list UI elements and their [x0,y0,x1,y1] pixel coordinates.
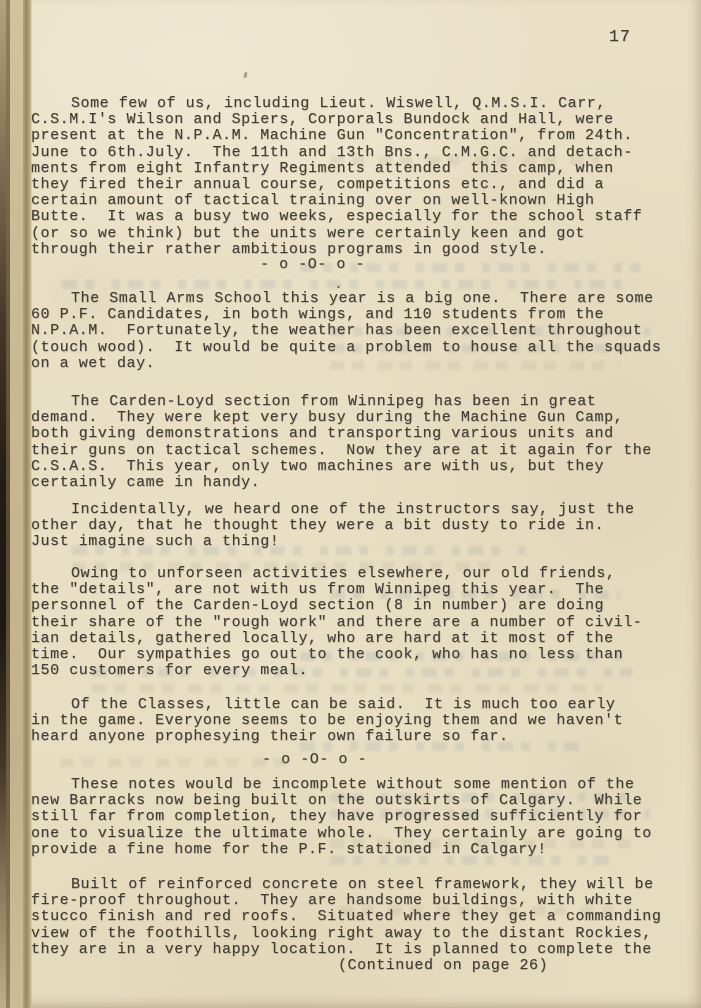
paragraph-3: The Carden-Loyd section from Winnipeg ha… [31,394,652,491]
text-line: fire-proof throughout. They are handsome… [31,893,661,909]
text-line: stucco finish and red roofs. Situated wh… [31,909,661,925]
text-line: (or so we think) but the units were cert… [31,226,642,242]
text-line: Of the Classes, little can be said. It i… [31,697,623,713]
text-line: Owing to unforseen activities elsewhere,… [31,566,642,582]
text-line: The Carden-Loyd section from Winnipeg ha… [31,394,652,410]
text-line: view of the foothills, looking right awa… [31,926,661,942]
paragraph-8: Built of reinforced concrete on steel fr… [31,877,661,958]
text-line: one to visualize the ultimate whole. The… [31,826,652,842]
text-line: June to 6th.July. The 11th and 13th Bns.… [31,145,642,161]
bleedthrough-row [92,684,602,693]
text-line: N.P.A.M. Fortunately, the weather has be… [31,323,661,339]
text-line: Some few of us, including Lieut. Wiswell… [31,96,642,112]
text-line: they are in a very happy location. It is… [31,942,661,958]
text-line: C.S.A.S. This year, only two machines ar… [31,459,652,475]
text-line: ments from eight Infantry Regiments atte… [31,161,642,177]
text-line: 60 P.F. Candidates, in both wings, and 1… [31,307,661,323]
text-line: Incidentally, we heard one of the instru… [31,502,635,518]
text-line: they fired their annual course, competit… [31,177,642,193]
text-line: their guns on tactical schemes. Now they… [31,443,652,459]
paragraph-7: These notes would be incomplete without … [31,777,652,858]
text-line: Butte. It was a busy two weeks, especial… [31,209,642,225]
text-line: (touch wood). It would be quite a proble… [31,340,661,356]
section-divider-1: - o -O- o - [260,256,365,273]
paragraph-5: Owing to unforseen activities elsewhere,… [31,566,642,679]
text-line: their share of the "rough work" and ther… [31,615,642,631]
text-line: The Small Arms School this year is a big… [31,291,661,307]
section-divider-2: - o -O- o - [262,751,367,768]
text-line: certainly came in handy. [31,475,652,491]
text-line: present at the N.P.A.M. Machine Gun "Con… [31,128,642,144]
text-line: on a wet day. [31,356,661,372]
paragraph-2: The Small Arms School this year is a big… [31,291,661,372]
text-line: Just imagine such a thing! [31,534,635,550]
book-page-photo: 17 Some few of us, including Lieut. Wisw… [0,0,701,1008]
page-edge-buff [10,0,23,1008]
text-line: other day, that he thought they were a b… [31,518,635,534]
text-line: in the game. Everyone seems to be enjoyi… [31,713,623,729]
text-line: Built of reinforced concrete on steel fr… [31,877,661,893]
paragraph-1: Some few of us, including Lieut. Wiswell… [31,96,642,258]
text-line: provide a fine home for the P.F. station… [31,842,652,858]
paragraph-6: Of the Classes, little can be said. It i… [31,697,623,746]
text-line: ian details, gathered locally, who are h… [31,631,642,647]
text-line: the "details", are not with us from Winn… [31,582,642,598]
text-line: personnel of the Carden-Loyd section (8 … [31,598,642,614]
text-line: new Barracks now being built on the outs… [31,793,652,809]
text-line: 150 customers for every meal. [31,663,642,679]
text-line: both giving demonstrations and transport… [31,426,652,442]
text-line: C.S.M.I's Wilson and Spiers, Corporals B… [31,112,642,128]
text-line: certain amount of tactical training over… [31,193,642,209]
ink-smudge [243,72,247,78]
text-line: heard anyone prophesying their own failu… [31,729,623,745]
text-line: These notes would be incomplete without … [31,777,652,793]
text-line: still far from completion, they have pro… [31,809,652,825]
page-number: 17 [609,27,631,46]
continued-note: (Continued on page 26) [338,957,548,974]
paragraph-4: Incidentally, we heard one of the instru… [31,502,635,551]
text-line: demand. They were kept very busy during … [31,410,652,426]
text-line: time. Our sympathies go out to the cook,… [31,647,642,663]
